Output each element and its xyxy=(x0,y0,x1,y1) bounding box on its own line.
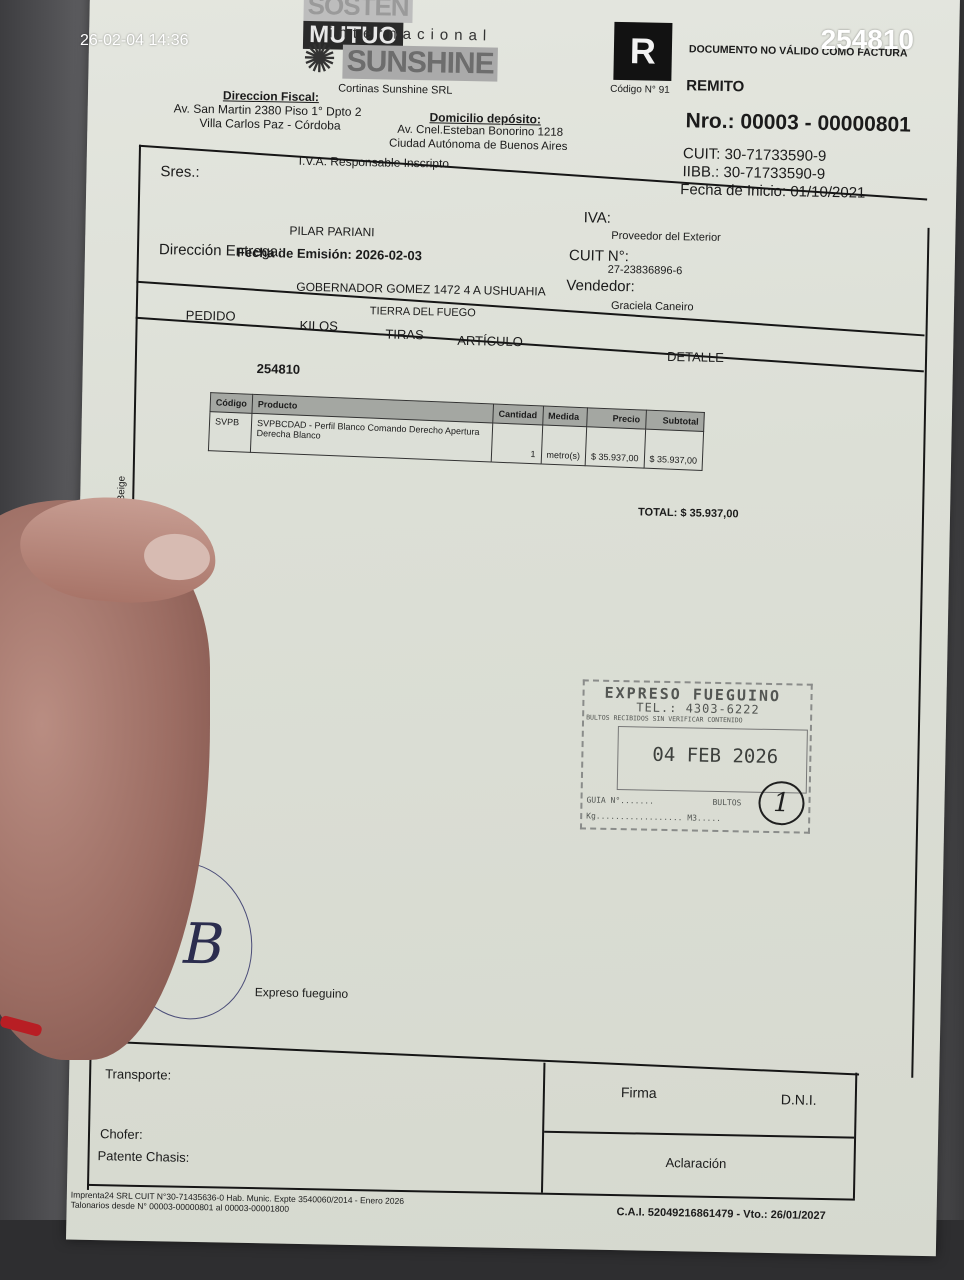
divider xyxy=(90,1040,859,1076)
client-cuit-label: CUIT N°: xyxy=(569,247,629,265)
divider xyxy=(544,1131,854,1139)
driver-label: Chofer: xyxy=(100,1126,143,1142)
client-province: TIERRA DEL FUEGO xyxy=(370,305,476,319)
logo-text-sunshine: SUNSHINE xyxy=(342,45,498,82)
plate-label: Patente Chasis: xyxy=(97,1148,189,1165)
stamp-bultos: BULTOS xyxy=(712,798,741,808)
header-codigo: Código xyxy=(210,393,253,414)
stamp-kg: Kg.................. M3..... xyxy=(586,811,721,823)
cell-codigo: SVPB xyxy=(208,412,252,453)
cell-precio: $ 35.937,00 xyxy=(585,427,645,468)
issue-date: Fecha de Emisión: 2026-02-03 xyxy=(237,245,422,264)
cell-subtotal: $ 35.937,00 xyxy=(644,429,704,470)
header-precio: Precio xyxy=(587,408,646,429)
iva-label: IVA: xyxy=(584,209,612,227)
column-pedido: PEDIDO xyxy=(186,308,236,324)
stamp-guia: GUIA N°....... xyxy=(586,795,654,805)
dni-label: D.N.I. xyxy=(781,1091,817,1108)
client-cuit-value: 27-23836896-6 xyxy=(608,264,683,277)
items-table: Código Producto Cantidad Medida Precio S… xyxy=(208,392,705,471)
logo-text-sosten: SOSTEN xyxy=(303,0,412,23)
footer-divider xyxy=(541,1063,545,1193)
stamp-notice: BULTOS RECIBIDOS SIN VERIFICAR CONTENIDO xyxy=(586,713,743,724)
column-kilos: KILOS xyxy=(299,318,338,334)
seller-value: Graciela Caneiro xyxy=(611,300,694,314)
fiscal-address-line2: Villa Carlos Paz - Córdoba xyxy=(199,116,340,133)
column-tiras: TIRAS xyxy=(385,327,424,343)
deposit-address-line1: Av. Cnel.Esteban Bonorino 1218 xyxy=(397,124,563,139)
signature-label: Firma xyxy=(621,1084,657,1101)
cell-producto: SVPBCDAD - Perfil Blanco Comando Derecho… xyxy=(250,413,492,462)
document-code: Código N° 91 xyxy=(610,84,670,96)
frame-left-footer xyxy=(87,1040,92,1190)
column-detalle: DETALLE xyxy=(667,349,724,365)
divider xyxy=(136,317,924,373)
cell-medida: metro(s) xyxy=(541,425,587,466)
header-subtotal: Subtotal xyxy=(645,410,704,431)
order-reference: 254810 xyxy=(257,361,301,377)
carrier-stamp: EXPRESO FUEGUINO TEL.: 4303-6222 BULTOS … xyxy=(580,679,813,833)
transport-label: Transporte: xyxy=(105,1066,171,1082)
document-type-letter: R xyxy=(613,22,672,81)
sres-label: Sres.: xyxy=(160,163,200,181)
client-name: PILAR PARIANI xyxy=(289,224,374,240)
photo-timestamp: 26-02-04 14:36 xyxy=(80,32,189,50)
logo-text-internacional: internacional xyxy=(329,24,492,44)
header-cantidad: Cantidad xyxy=(493,404,543,425)
header-medida: Medida xyxy=(542,406,587,427)
seller-label: Vendedor: xyxy=(566,277,635,295)
clarification-label: Aclaración xyxy=(665,1155,726,1171)
cai-number: C.A.I. 52049216861479 - Vto.: 26/01/2027 xyxy=(616,1206,825,1222)
total-amount: TOTAL: $ 35.937,00 xyxy=(638,506,739,520)
iva-value: Proveedor del Exterior xyxy=(611,230,721,244)
document-type-name: REMITO xyxy=(686,77,744,95)
handwritten-bultos-count: 1 xyxy=(758,781,805,826)
frame-right xyxy=(911,228,929,1078)
carrier-name: Expreso fueguino xyxy=(255,985,349,1001)
cell-cantidad: 1 xyxy=(491,423,542,464)
issuer-cuit: CUIT: 30-71733590-9 xyxy=(683,145,827,165)
stamp-date: 04 FEB 2026 xyxy=(652,744,778,768)
company-name: Cortinas Sunshine SRL xyxy=(338,83,453,97)
sun-logo-icon: ✺ xyxy=(302,36,336,83)
issuer-iibb: IIBB.: 30-71733590-9 xyxy=(682,163,825,183)
deposit-address-line2: Ciudad Autónoma de Buenos Aires xyxy=(389,138,568,153)
column-articulo: ARTÍCULO xyxy=(457,333,523,349)
document-number: Nro.: 00003 - 00000801 xyxy=(685,109,911,137)
photo-order-number: 254810 xyxy=(821,24,914,56)
